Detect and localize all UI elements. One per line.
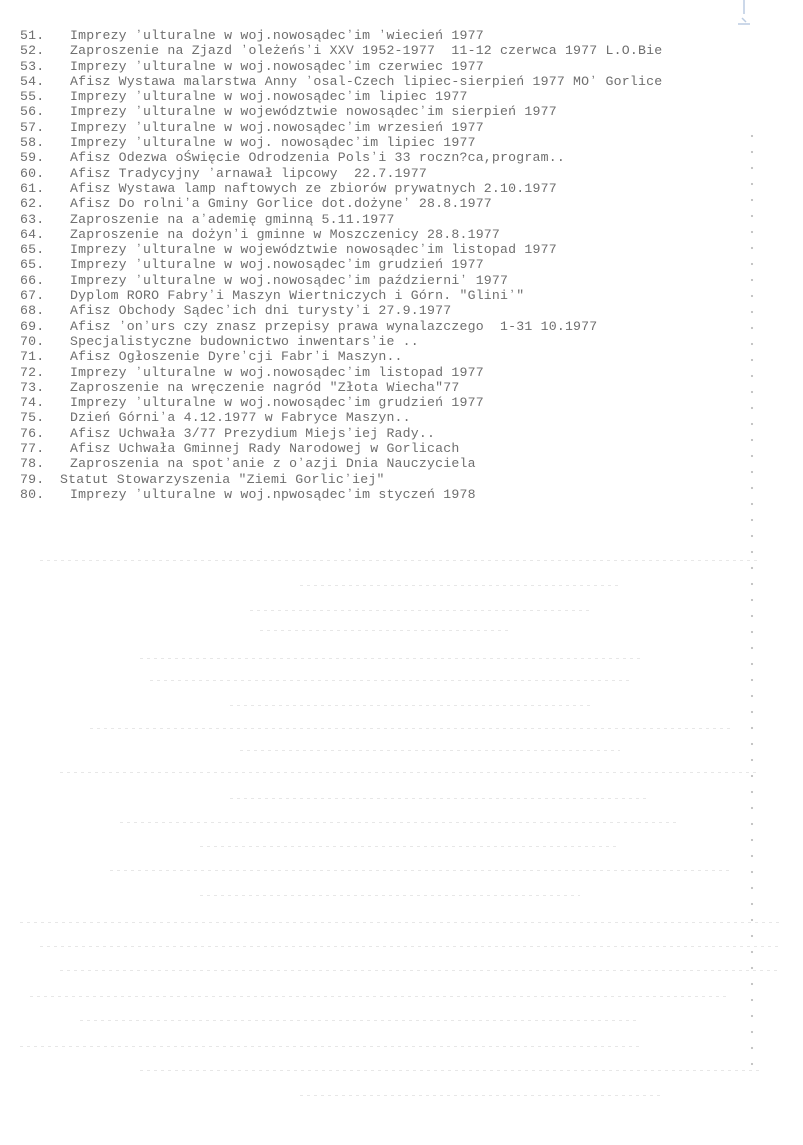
- entry-number: 61.: [20, 181, 70, 196]
- entry-title: Imprezy ʼulturalne w województwie nowosą…: [70, 242, 557, 257]
- list-item: 70. Specjalistyczne budownictwo inwentar…: [20, 334, 662, 349]
- typewritten-page: 51. Imprezy ʼulturalne w woj.nowosądecʼi…: [0, 0, 803, 1145]
- entry-title: Zaproszenie na wręczenie nagród "Złota W…: [70, 380, 459, 395]
- entry-number: 52.: [20, 43, 70, 58]
- list-item: 54. Afisz Wystawa malarstwa Anny ʼosal-C…: [20, 74, 662, 89]
- list-item: 64. Zaproszenie na dożynʼi gminne w Mosz…: [20, 227, 662, 242]
- entry-title: Statut Stowarzyszenia "Ziemi Gorlicʼiej": [60, 472, 385, 487]
- entry-title: Imprezy ʼulturalne w woj.nowosądecʼim pa…: [70, 273, 508, 288]
- entry-number: 55.: [20, 89, 70, 104]
- entry-number: 54.: [20, 74, 70, 89]
- list-item: 68. Afisz Obchody Sądecʼich dni turystyʼ…: [20, 303, 662, 318]
- entry-number: 71.: [20, 349, 70, 364]
- list-item: 76. Afisz Uchwała 3/77 Prezydium Miejsʼi…: [20, 426, 662, 441]
- entry-title: Afisz ʼonʼurs czy znasz przepisy prawa w…: [70, 319, 597, 334]
- entry-title: Afisz Wystawa malarstwa Anny ʼosal-Czech…: [70, 74, 662, 89]
- list-item: 74. Imprezy ʼulturalne w woj.nowosądecʼi…: [20, 395, 662, 410]
- list-item: 71. Afisz Ogłoszenie Dyreʼcji Fabrʼi Mas…: [20, 349, 662, 364]
- list-item: 56. Imprezy ʼulturalne w województwie no…: [20, 104, 662, 119]
- entry-number: 67.: [20, 288, 70, 303]
- entry-title: Afisz Ogłoszenie Dyreʼcji Fabrʼi Maszyn.…: [70, 349, 403, 364]
- entry-title: Specjalistyczne budownictwo inwentarsʼie…: [70, 334, 419, 349]
- entry-number: 73.: [20, 380, 70, 395]
- entry-number: 80.: [20, 487, 70, 502]
- list-item: 53. Imprezy ʼulturalne w woj.nowosądecʼi…: [20, 59, 662, 74]
- list-item: 69. Afisz ʼonʼurs czy znasz przepisy pra…: [20, 319, 662, 334]
- entry-title: Zaproszenie na dożynʼi gminne w Moszczen…: [70, 227, 500, 242]
- entry-title: Imprezy ʼulturalne w woj.npwosądecʼim st…: [70, 487, 476, 502]
- entry-number: 75.: [20, 410, 70, 425]
- entry-number: 60.: [20, 166, 70, 181]
- entry-number: 65.: [20, 257, 70, 272]
- entry-title: Afisz Odezwa oŚwięcie Odrodzenia Polsʼi …: [70, 150, 565, 165]
- ink-smudge-icon: [732, 0, 756, 28]
- entry-title: Afisz Obchody Sądecʼich dni turystyʼi 27…: [70, 303, 451, 318]
- entry-title: Imprezy ʼulturalne w woj.nowosądecʼim gr…: [70, 395, 484, 410]
- list-item: 55. Imprezy ʼulturalne w woj.nowosądecʼi…: [20, 89, 662, 104]
- entry-title: Imprezy ʼulturalne w woj.nowosądecʼim wr…: [70, 120, 484, 135]
- list-item: 52. Zaproszenie na Zjazd ʼoleżeńsʼi XXV …: [20, 43, 662, 58]
- list-item: 65. Imprezy ʼulturalne w województwie no…: [20, 242, 662, 257]
- list-item: 63. Zaproszenie na aʼademię gminną 5.11.…: [20, 212, 662, 227]
- list-item: 62. Afisz Do rolniʼa Gminy Gorlice dot.d…: [20, 196, 662, 211]
- list-item: 51. Imprezy ʼulturalne w woj.nowosądecʼi…: [20, 28, 662, 43]
- entry-title: Imprezy ʼulturalne w województwie nowosą…: [70, 104, 557, 119]
- list-item: 75. Dzień Górniʼa 4.12.1977 w Fabryce Ma…: [20, 410, 662, 425]
- entry-title: Zaproszenie na Zjazd ʼoleżeńsʼi XXV 1952…: [70, 43, 662, 58]
- list-item: 72. Imprezy ʼulturalne w woj.nowosądecʼi…: [20, 365, 662, 380]
- list-item: 77. Afisz Uchwała Gminnej Rady Narodowej…: [20, 441, 662, 456]
- entry-title: Dyplom RORO Fabryʼi Maszyn Wiertniczych …: [70, 288, 524, 303]
- entry-number: 58.: [20, 135, 70, 150]
- entry-title: Afisz Wystawa lamp naftowych ze zbiorów …: [70, 181, 557, 196]
- entry-number: 51.: [20, 28, 70, 43]
- entry-title: Imprezy ʼulturalne w woj.nowosądecʼim ʼw…: [70, 28, 484, 43]
- entry-number: 78.: [20, 456, 70, 471]
- entry-title: Afisz Do rolniʼa Gminy Gorlice dot.dożyn…: [70, 196, 492, 211]
- list-item: 66. Imprezy ʼulturalne w woj.nowosądecʼi…: [20, 273, 662, 288]
- entry-number: 62.: [20, 196, 70, 211]
- entry-title: Dzień Górniʼa 4.12.1977 w Fabryce Maszyn…: [70, 410, 411, 425]
- entry-number: 79.: [20, 472, 60, 487]
- list-item: 79. Statut Stowarzyszenia "Ziemi Gorlicʼ…: [20, 472, 662, 487]
- entry-number: 76.: [20, 426, 70, 441]
- entry-number: 59.: [20, 150, 70, 165]
- list-item: 65. Imprezy ʼulturalne w woj.nowosądecʼi…: [20, 257, 662, 272]
- entry-number: 74.: [20, 395, 70, 410]
- entry-title: Imprezy ʼulturalne w woj.nowosądecʼim gr…: [70, 257, 484, 272]
- entry-title: Imprezy ʼulturalne w woj.nowosądecʼim li…: [70, 89, 468, 104]
- entry-number: 63.: [20, 212, 70, 227]
- list-item: 57. Imprezy ʼulturalne w woj.nowosądecʼi…: [20, 120, 662, 135]
- list-item: 60. Afisz Tradycyjny ʼarnawał lipcowy 22…: [20, 166, 662, 181]
- entry-title: Afisz Tradycyjny ʼarnawał lipcowy 22.7.1…: [70, 166, 427, 181]
- list-item: 59. Afisz Odezwa oŚwięcie Odrodzenia Pol…: [20, 150, 662, 165]
- list-item: 61. Afisz Wystawa lamp naftowych ze zbio…: [20, 181, 662, 196]
- entry-number: 53.: [20, 59, 70, 74]
- list-item: 78. Zaproszenia na spotʼanie z oʼazji Dn…: [20, 456, 662, 471]
- entry-number: 72.: [20, 365, 70, 380]
- list-item: 58. Imprezy ʼulturalne w woj. nowosądecʼ…: [20, 135, 662, 150]
- entry-title: Imprezy ʼulturalne w woj.nowosądecʼim li…: [70, 365, 484, 380]
- entry-list: 51. Imprezy ʼulturalne w woj.nowosądecʼi…: [20, 28, 662, 502]
- list-item: 80. Imprezy ʼulturalne w woj.npwosądecʼi…: [20, 487, 662, 502]
- entry-title: Zaproszenia na spotʼanie z oʼazji Dnia N…: [70, 456, 476, 471]
- entry-title: Imprezy ʼulturalne w woj.nowosądecʼim cz…: [70, 59, 484, 74]
- entry-title: Afisz Uchwała Gminnej Rady Narodowej w G…: [70, 441, 459, 456]
- entry-number: 64.: [20, 227, 70, 242]
- entry-number: 68.: [20, 303, 70, 318]
- entry-number: 70.: [20, 334, 70, 349]
- entry-number: 57.: [20, 120, 70, 135]
- entry-number: 66.: [20, 273, 70, 288]
- entry-number: 77.: [20, 441, 70, 456]
- entry-title: Imprezy ʼulturalne w woj. nowosądecʼim l…: [70, 135, 476, 150]
- entry-number: 65.: [20, 242, 70, 257]
- entry-number: 69.: [20, 319, 70, 334]
- list-item: 67. Dyplom RORO Fabryʼi Maszyn Wiertnicz…: [20, 288, 662, 303]
- reverse-side-show-through: [0, 550, 803, 1110]
- list-item: 73. Zaproszenie na wręczenie nagród "Zło…: [20, 380, 662, 395]
- entry-title: Afisz Uchwała 3/77 Prezydium Miejsʼiej R…: [70, 426, 435, 441]
- entry-number: 56.: [20, 104, 70, 119]
- entry-title: Zaproszenie na aʼademię gminną 5.11.1977: [70, 212, 395, 227]
